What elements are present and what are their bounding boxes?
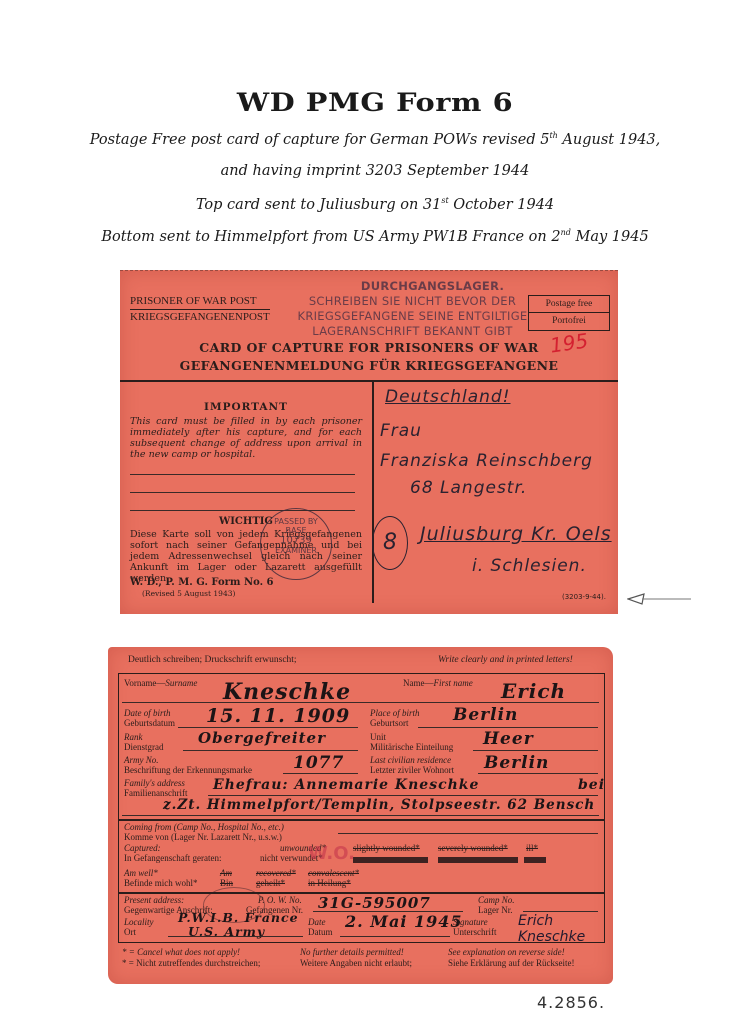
- field-line: [168, 936, 303, 937]
- recovered-option: recovered*geheilt*: [256, 868, 296, 888]
- address-salutation: Frau: [380, 421, 422, 441]
- blank-line: [130, 510, 355, 511]
- surname-label: Vorname—Surname: [124, 678, 197, 688]
- footer-explanation: See explanation on reverse side!Siehe Er…: [448, 947, 574, 969]
- unit-value: Heer: [483, 729, 534, 749]
- date-value: 2. Mai 1945: [345, 912, 463, 931]
- dob-label: Date of birthGeburtsdatum: [124, 708, 175, 728]
- pob-label: Place of birthGeburtsort: [370, 708, 420, 728]
- field-line: [478, 773, 598, 774]
- section-divider: [118, 819, 605, 821]
- top-postcard: PRISONER OF WAR POST KRIEGSGEFANGENENPOS…: [120, 270, 618, 614]
- army-no-label: Army No.Beschriftung der Erkennungsmarke: [124, 755, 252, 775]
- severely-wounded-option: severely wounded*: [438, 843, 508, 853]
- firstname-value: Erich: [501, 679, 566, 703]
- pow-no-value: 31G-595007: [318, 894, 431, 912]
- field-line: [122, 702, 599, 703]
- residence-label: Last civilian residenceLetzter ziviler W…: [370, 755, 454, 775]
- important-text: This card must be filled in by each pris…: [130, 416, 362, 460]
- am-option: AmBin: [220, 868, 233, 888]
- field-line: [183, 750, 358, 751]
- ill-option: ill*: [526, 843, 538, 853]
- field-line: [122, 815, 599, 816]
- field-line: [178, 727, 358, 728]
- pow-post-label: PRISONER OF WAR POST KRIEGSGEFANGENENPOS…: [130, 294, 270, 324]
- unit-label: UnitMilitärische Einteilung: [370, 732, 453, 752]
- wichtig-heading: WICHTIG: [120, 516, 372, 527]
- censor-stamp: PASSED BY BASE 10739 EXAMINER: [260, 508, 332, 580]
- dob-value: 15. 11. 1909: [206, 705, 350, 727]
- field-line: [473, 750, 598, 751]
- postage-free-box: Postage free Portofrei: [528, 295, 610, 331]
- rank-label: RankDienstgrad: [124, 732, 164, 752]
- postal-district-circle: 8: [372, 516, 408, 570]
- family-address-line2: z.Zt. Himmelpfort/Templin, Stolpseestr. …: [163, 797, 595, 813]
- am-well-label: Am well*Befinde mich wohl*: [124, 868, 198, 888]
- captured-label: Captured:In Gefangenschaft geraten:: [124, 843, 221, 863]
- caption-line-1: Postage Free post card of capture for Ge…: [0, 131, 750, 148]
- slightly-wounded-option: slightly wounded*: [353, 843, 420, 853]
- address-region: i. Schlesien.: [472, 556, 587, 576]
- form-number: W. D., P. M. G. Form No. 6: [130, 577, 274, 588]
- page-title: WD PMG Form 6: [0, 88, 750, 117]
- redaction-bar: [524, 857, 546, 863]
- important-heading: IMPORTANT: [120, 401, 372, 413]
- firstname-label: Name—First name: [403, 678, 473, 688]
- camp-no-label: Camp No.Lager Nr.: [478, 895, 515, 915]
- vertical-divider: [372, 381, 374, 603]
- header-english: Write clearly and in printed letters!: [438, 655, 573, 665]
- field-line: [523, 911, 598, 912]
- family-address-suffix: bei: [578, 777, 605, 793]
- redaction-bar: [438, 857, 518, 863]
- address-street: 68 Langestr.: [410, 478, 527, 498]
- field-line: [338, 833, 598, 834]
- inventory-number: 4.2856.: [537, 993, 605, 1012]
- caption-line-3: Top card sent to Juliusburg on 31st Octo…: [0, 196, 750, 213]
- red-ink-smear: W.O.: [308, 843, 355, 864]
- revised-date: (Revised 5 August 1943): [142, 589, 235, 598]
- field-line: [418, 727, 598, 728]
- address-name: Franziska Reinschberg: [380, 451, 593, 471]
- caption-line-2: and having imprint 3203 September 1944: [0, 163, 750, 179]
- pencil-arrow-icon: [627, 593, 692, 605]
- title-divider: [120, 380, 618, 382]
- locality-label: LocalityOrt: [124, 917, 154, 937]
- redaction-bar: [353, 857, 428, 863]
- rank-value: Obergefreiter: [198, 729, 326, 747]
- army-no-value: 1077: [293, 753, 344, 773]
- coming-from-label: Coming from (Camp No., Hospital No., etc…: [124, 822, 284, 842]
- address-city: Juliusburg Kr. Oels: [420, 523, 612, 545]
- footer-cancel: * = Cancel what does not apply!* = Nicht…: [122, 947, 260, 969]
- family-address-line1: Ehefrau: Annemarie Kneschke: [213, 777, 479, 793]
- field-line: [283, 773, 358, 774]
- blank-line: [130, 474, 355, 475]
- field-line: [208, 795, 598, 796]
- header-german: Deutlich schreiben; Druckschrift erwunsc…: [128, 655, 297, 665]
- address-country: Deutschland!: [385, 387, 511, 407]
- caption-line-4: Bottom sent to Himmelpfort from US Army …: [0, 228, 750, 245]
- bottom-postcard: Deutlich schreiben; Druckschrift erwunsc…: [108, 647, 613, 984]
- blank-line: [130, 492, 355, 493]
- pob-value: Berlin: [453, 705, 518, 725]
- signature-value: Erich Kneschke: [518, 913, 613, 945]
- transit-camp-stamp: DURCHGANGSLAGER. SCHREIBEN SIE NICHT BEV…: [280, 279, 545, 339]
- imprint-code: (3203-9-44).: [562, 593, 606, 601]
- signature-label: SignatureUnterschrift: [453, 917, 496, 937]
- locality-line1: P.W.I.B. France: [178, 910, 299, 925]
- family-address-label: Family's addressFamilienanschrift: [124, 778, 187, 798]
- date-label: DateDatum: [308, 917, 333, 937]
- residence-value: Berlin: [484, 753, 549, 773]
- footer-no-further: No further details permitted!Weitere Ang…: [300, 947, 412, 969]
- card-title: CARD OF CAPTURE FOR PRISONERS OF WAR GEF…: [120, 339, 618, 375]
- convalescent-option: convalescent*in Heilung*: [308, 868, 359, 888]
- field-line: [340, 936, 450, 937]
